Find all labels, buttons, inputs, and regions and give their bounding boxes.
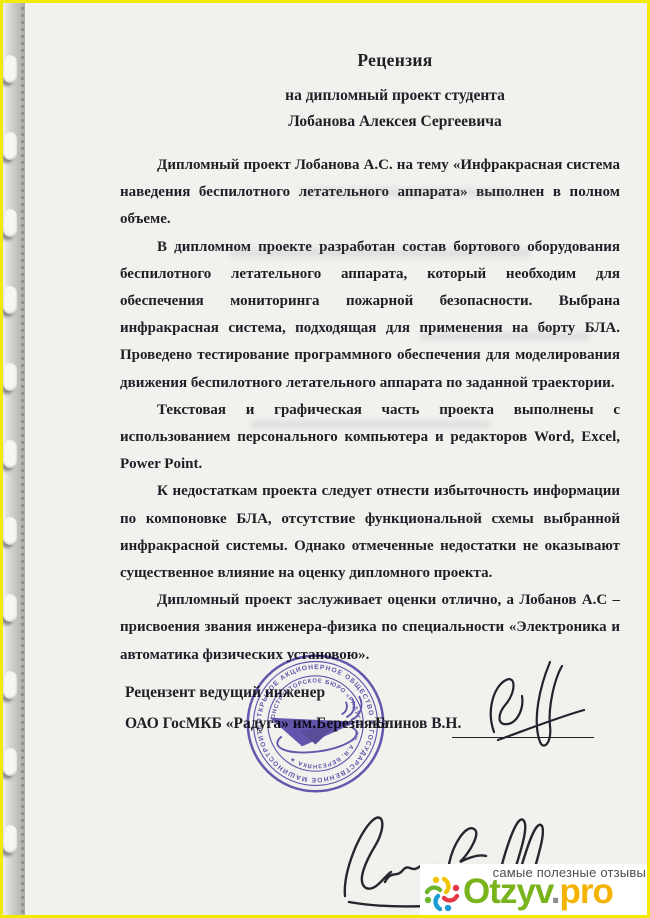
binding-hole <box>3 132 17 160</box>
bleed-through-smudge <box>420 332 590 341</box>
otzyv-pro-watermark[interactable]: самые полезные отзывы <box>420 864 650 918</box>
paragraph: К недостаткам проекта следует отнести из… <box>120 478 620 587</box>
student-name: Лобанова Алексея Сергеевича <box>145 109 645 135</box>
review-body: Дипломный проект Лобанова А.С. на тему «… <box>120 152 620 669</box>
document-subtitle: на дипломный проект студента <box>145 83 645 109</box>
heading-block: Рецензия на дипломный проект студента Ло… <box>145 50 645 135</box>
binding-hole <box>3 55 17 83</box>
binding-hole <box>3 363 17 391</box>
brand-text-otzyv: Otzyv <box>463 872 551 911</box>
binding-hole <box>3 825 17 853</box>
binding-hole <box>3 671 17 699</box>
binding-hole <box>3 517 17 545</box>
bleed-through-smudge <box>230 248 530 258</box>
binding-hole <box>3 440 17 468</box>
scanned-review-document: Рецензия на дипломный проект студента Ло… <box>0 0 650 918</box>
binding-hole <box>3 209 17 237</box>
spiral-binding-edge <box>3 0 25 918</box>
bleed-through-smudge <box>300 188 510 197</box>
brand-text-pro: pro <box>559 872 612 911</box>
document-title: Рецензия <box>145 50 645 71</box>
watermark-brand: Otzyv.pro <box>463 872 613 912</box>
paragraph: В дипломном проекте разработан состав бо… <box>120 234 620 397</box>
round-seal-stamp-icon: ОТКРЫТОЕ АКЦИОНЕРНОЕ ОБЩЕСТВО ★ ГОСУДАРС… <box>243 651 388 796</box>
binding-hole <box>3 748 17 776</box>
paragraph: Текстовая и графическая часть проекта вы… <box>120 397 620 479</box>
handwritten-signature-small <box>468 652 593 757</box>
binding-hole <box>3 594 17 622</box>
binding-hole <box>3 286 17 314</box>
people-pinwheel-icon <box>422 874 462 914</box>
bleed-through-smudge <box>250 420 490 429</box>
stamp-arrow-emblem-icon <box>270 697 362 753</box>
